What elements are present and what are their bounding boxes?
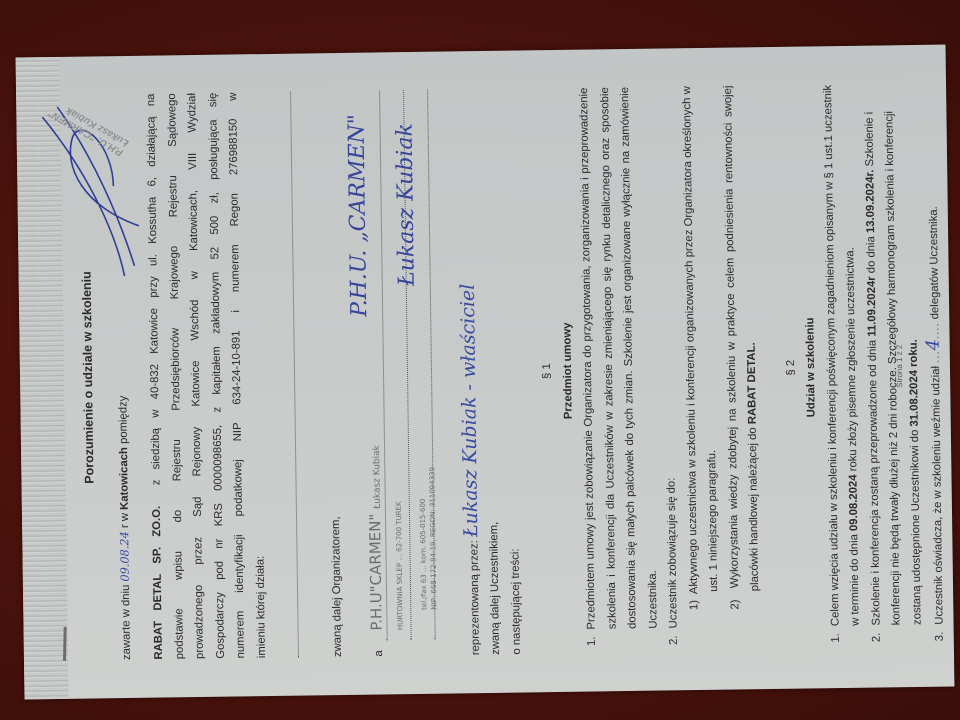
document-content: Porozumienie o udziale w szkoleniu zawar… [66,82,954,661]
section1-subitem-2: 2) Wykorzystania wiedzy zdobytej na szko… [718,85,767,628]
dotted-line [290,92,299,658]
section2-item-2-to: 13.09.2024r. [864,170,877,234]
section1-item-2-text: Uczestnik zobowiązuje się do: [665,478,679,629]
participant-prefix: a [368,650,389,657]
section2-item-2-a: Szkolenie i konferencja zostaną przeprow… [866,340,882,626]
stamp-tax-ids: NIP: 668-172-94-19, REGON: 311094339 [422,467,444,610]
section2-item-1-date: 09.08.2024 [847,474,860,531]
represented-handwritten: Łukasz Kubiak - właściciel [456,284,482,538]
section1-item-2: Uczestnik zobowiązuje się do: 1) Aktywne… [656,85,766,632]
delegates-count-handwritten: 4 [923,339,944,351]
section2-item-2-b: do dnia [865,236,878,273]
section1-subitem-2-bold: RABAT DETAL. [746,342,759,424]
section2-item-3-b: delegatów Uczestnika. [928,206,942,319]
participant-handwritten-person: Łukasz Kubiak [395,123,418,286]
organizer-text-0: z siedzibą w 40-832 Katowice przy ul. Ko… [145,94,162,486]
organizer-block: RABAT DETAL SP. ZO.O. z siedzibą w 40-83… [141,92,272,660]
dots: ... [930,350,942,363]
represented-label: reprezentowaną przez: [468,540,482,655]
concluded-suffix: r w [118,513,130,528]
concluded-between: pomiędzy [117,396,130,445]
section1-item-1: Przedmiotem umowy jest zobowiązanie Orga… [574,87,664,634]
section2-item-3-a: Uczestnik oświadcza, że w szkoleniu weźm… [930,366,946,625]
participant-stamp-block: a P.H.U"CARMEN" Łukasz Kubiak HURTOWNIA … [355,90,449,657]
organizer-called: zwaną dalej Organizatorem, [320,91,348,657]
concluded-line: zawarte w dniu 09.08.24 r w Katowicach p… [109,94,137,660]
concluded-prefix: zawarte w dniu [119,585,132,661]
section2-item-2-from: 11.09.2024r [865,276,878,336]
document-page: P.H.U. "CARMEN" Łukasz Kubiak Porozumien… [16,45,955,700]
concluded-date-handwritten: 09.08.24 [118,531,132,581]
stamp-address: HURTOWNIA SKLEP ... 62-700 TUREK [388,501,410,630]
section1-subitem-2-text: Wykorzystania wiedzy zdobytej na szkolen… [722,86,762,592]
concluded-city: Katowicach [118,447,131,510]
section2-list: Celem wzięcia udziału w szkoleniu i konf… [818,82,955,650]
participant-handwritten-name: P.H.U. „CARMEN" [347,114,370,317]
stamp-owner: Łukasz Kubiak [372,445,383,509]
section2-item-1-b: roku złoży pisemne zgłoszenie uczestnict… [844,247,859,471]
organizer-representative-field [282,91,314,657]
document-title: Porozumienie o udziale w szkoleniu [74,94,102,660]
section1-list: Przedmiotem umowy jest zobowiązanie Orga… [574,85,766,654]
organizer-name: RABAT DETAL SP. ZO.O. [151,506,165,660]
section2-item-2-schedule: 31.08.2024 roku. [907,339,920,426]
dots: .... [929,322,941,339]
section1-subitem-1-text: Aktywnego uczestnictwa w szkoleniu i kon… [681,86,721,594]
stamp-company: P.H.U"CARMEN" [365,514,385,631]
